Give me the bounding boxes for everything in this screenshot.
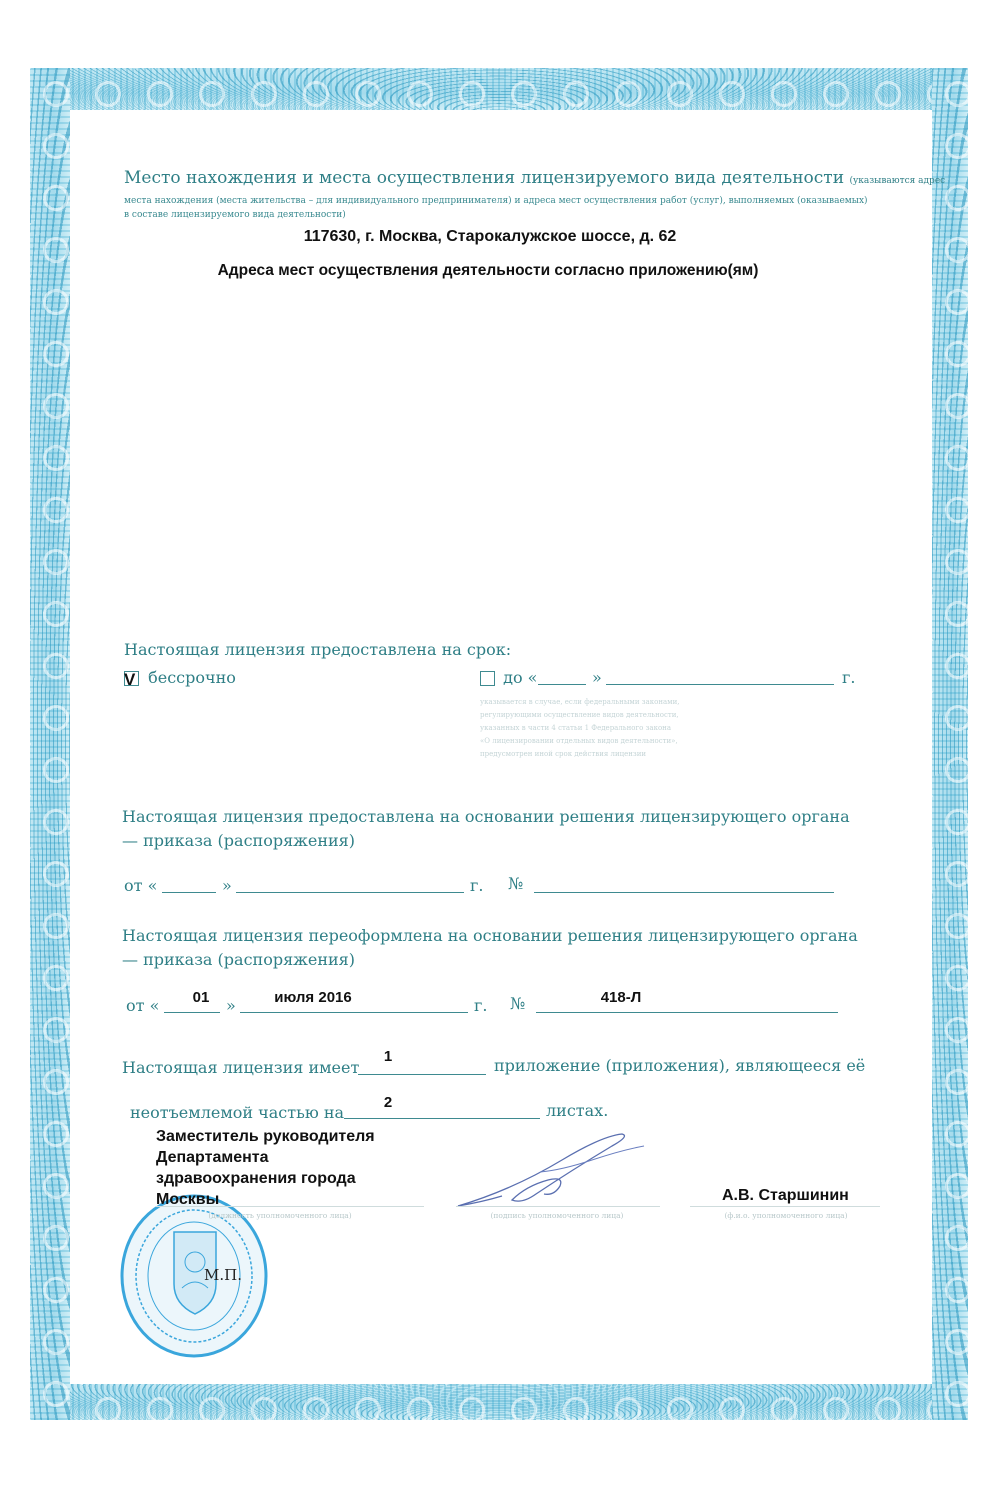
reissued-date-field[interactable] — [240, 1012, 468, 1013]
sheet-count-field[interactable] — [344, 1118, 540, 1119]
option-indefinite[interactable]: бессрочно — [124, 668, 236, 687]
appendix-line2-prefix: неотъемлемой частью на — [130, 1103, 344, 1122]
reissued-quote-close: » — [226, 996, 236, 1015]
until-year-suffix: г. — [842, 668, 855, 687]
checkmark-icon: V — [124, 670, 135, 690]
reissued-day-field[interactable] — [164, 1012, 220, 1013]
location-note-line3: в составе лицензируемого вида деятельнос… — [124, 210, 346, 220]
position-line: Департамента — [156, 1147, 375, 1168]
reissued-number-field[interactable] — [536, 1012, 838, 1013]
location-title: Место нахождения и места осуществления л… — [124, 168, 844, 188]
until-day-field[interactable] — [538, 684, 586, 685]
reissued-number-value: 418-Л — [566, 989, 676, 1006]
sheet-count-value: 2 — [360, 1094, 416, 1111]
term-footnote: указывается в случае, если федеральными … — [480, 696, 680, 761]
border-bottom — [30, 1384, 968, 1420]
reissued-number-label: № — [510, 994, 525, 1013]
stamp-label: М.П. — [204, 1266, 242, 1284]
location-note-line2: места нахождения (места жительства – для… — [124, 196, 868, 206]
reissued-year-suffix: г. — [474, 996, 487, 1015]
granted-from-label: от « — [124, 876, 157, 895]
granted-date-field[interactable] — [236, 892, 464, 893]
location-heading: Место нахождения и места осуществления л… — [124, 168, 945, 188]
reissued-line2: — приказа (распоряжения) — [122, 950, 355, 969]
position-line: Заместитель руководителя — [156, 1126, 375, 1147]
footnote-line: указывается в случае, если федеральными … — [480, 696, 680, 709]
granted-year-suffix: г. — [470, 876, 483, 895]
checkbox-until[interactable] — [480, 671, 495, 686]
granted-number-label: № — [508, 874, 523, 893]
appendix-line1-prefix: Настоящая лицензия имеет — [122, 1058, 359, 1077]
reissued-from-label: от « — [126, 996, 159, 1015]
granted-number-field[interactable] — [534, 892, 834, 893]
signer-position: Заместитель руководителя Департамента зд… — [156, 1126, 375, 1210]
name-caption: (ф.и.о. уполномоченного лица) — [694, 1211, 878, 1220]
footnote-line: «О лицензировании отдельных видов деятел… — [480, 735, 680, 748]
signature-caption: (подпись уполномоченного лица) — [462, 1211, 652, 1220]
footnote-line: предусмотрен иной срок действия лицензии — [480, 748, 680, 761]
position-caption: (должность уполномоченного лица) — [180, 1211, 380, 1220]
footnote-line: указанных в части 4 статьи 1 Федеральног… — [480, 722, 680, 735]
reissued-date-value: июля 2016 — [240, 989, 386, 1006]
term-label: Настоящая лицензия предоставлена на срок… — [124, 640, 511, 659]
until-quote-close: » — [592, 668, 602, 687]
position-line: здравоохранения города — [156, 1168, 375, 1189]
footnote-line: регулирующими осуществление видов деятел… — [480, 709, 680, 722]
address: 117630, г. Москва, Старокалужское шоссе,… — [0, 228, 980, 246]
signature-underline — [456, 1206, 660, 1207]
until-date-field[interactable] — [606, 684, 834, 685]
granted-line1: Настоящая лицензия предоставлена на осно… — [122, 807, 850, 826]
reissued-day-value: 01 — [176, 989, 226, 1006]
option-indefinite-label: бессрочно — [148, 668, 236, 687]
granted-line2: — приказа (распоряжения) — [122, 831, 355, 850]
addresses-note: Адреса мест осуществления деятельности с… — [0, 262, 976, 280]
signer-name: А.В. Старшинин — [722, 1187, 849, 1205]
position-underline — [156, 1206, 424, 1207]
border-top — [30, 68, 968, 110]
granted-quote-close: » — [222, 876, 232, 895]
location-title-note: (указываются адрес — [849, 176, 945, 186]
until-prefix: до « — [503, 668, 537, 687]
signature-icon — [452, 1130, 652, 1212]
appendix-line2-suffix: листах. — [546, 1101, 608, 1120]
appendix-count-field[interactable] — [358, 1074, 486, 1075]
granted-day-field[interactable] — [162, 892, 216, 893]
appendix-count-value: 1 — [360, 1048, 416, 1065]
appendix-line1-suffix: приложение (приложения), являющееся её — [494, 1056, 865, 1075]
name-underline — [690, 1206, 880, 1207]
option-until[interactable]: до « — [480, 668, 537, 687]
reissued-line1: Настоящая лицензия переоформлена на осно… — [122, 926, 858, 945]
